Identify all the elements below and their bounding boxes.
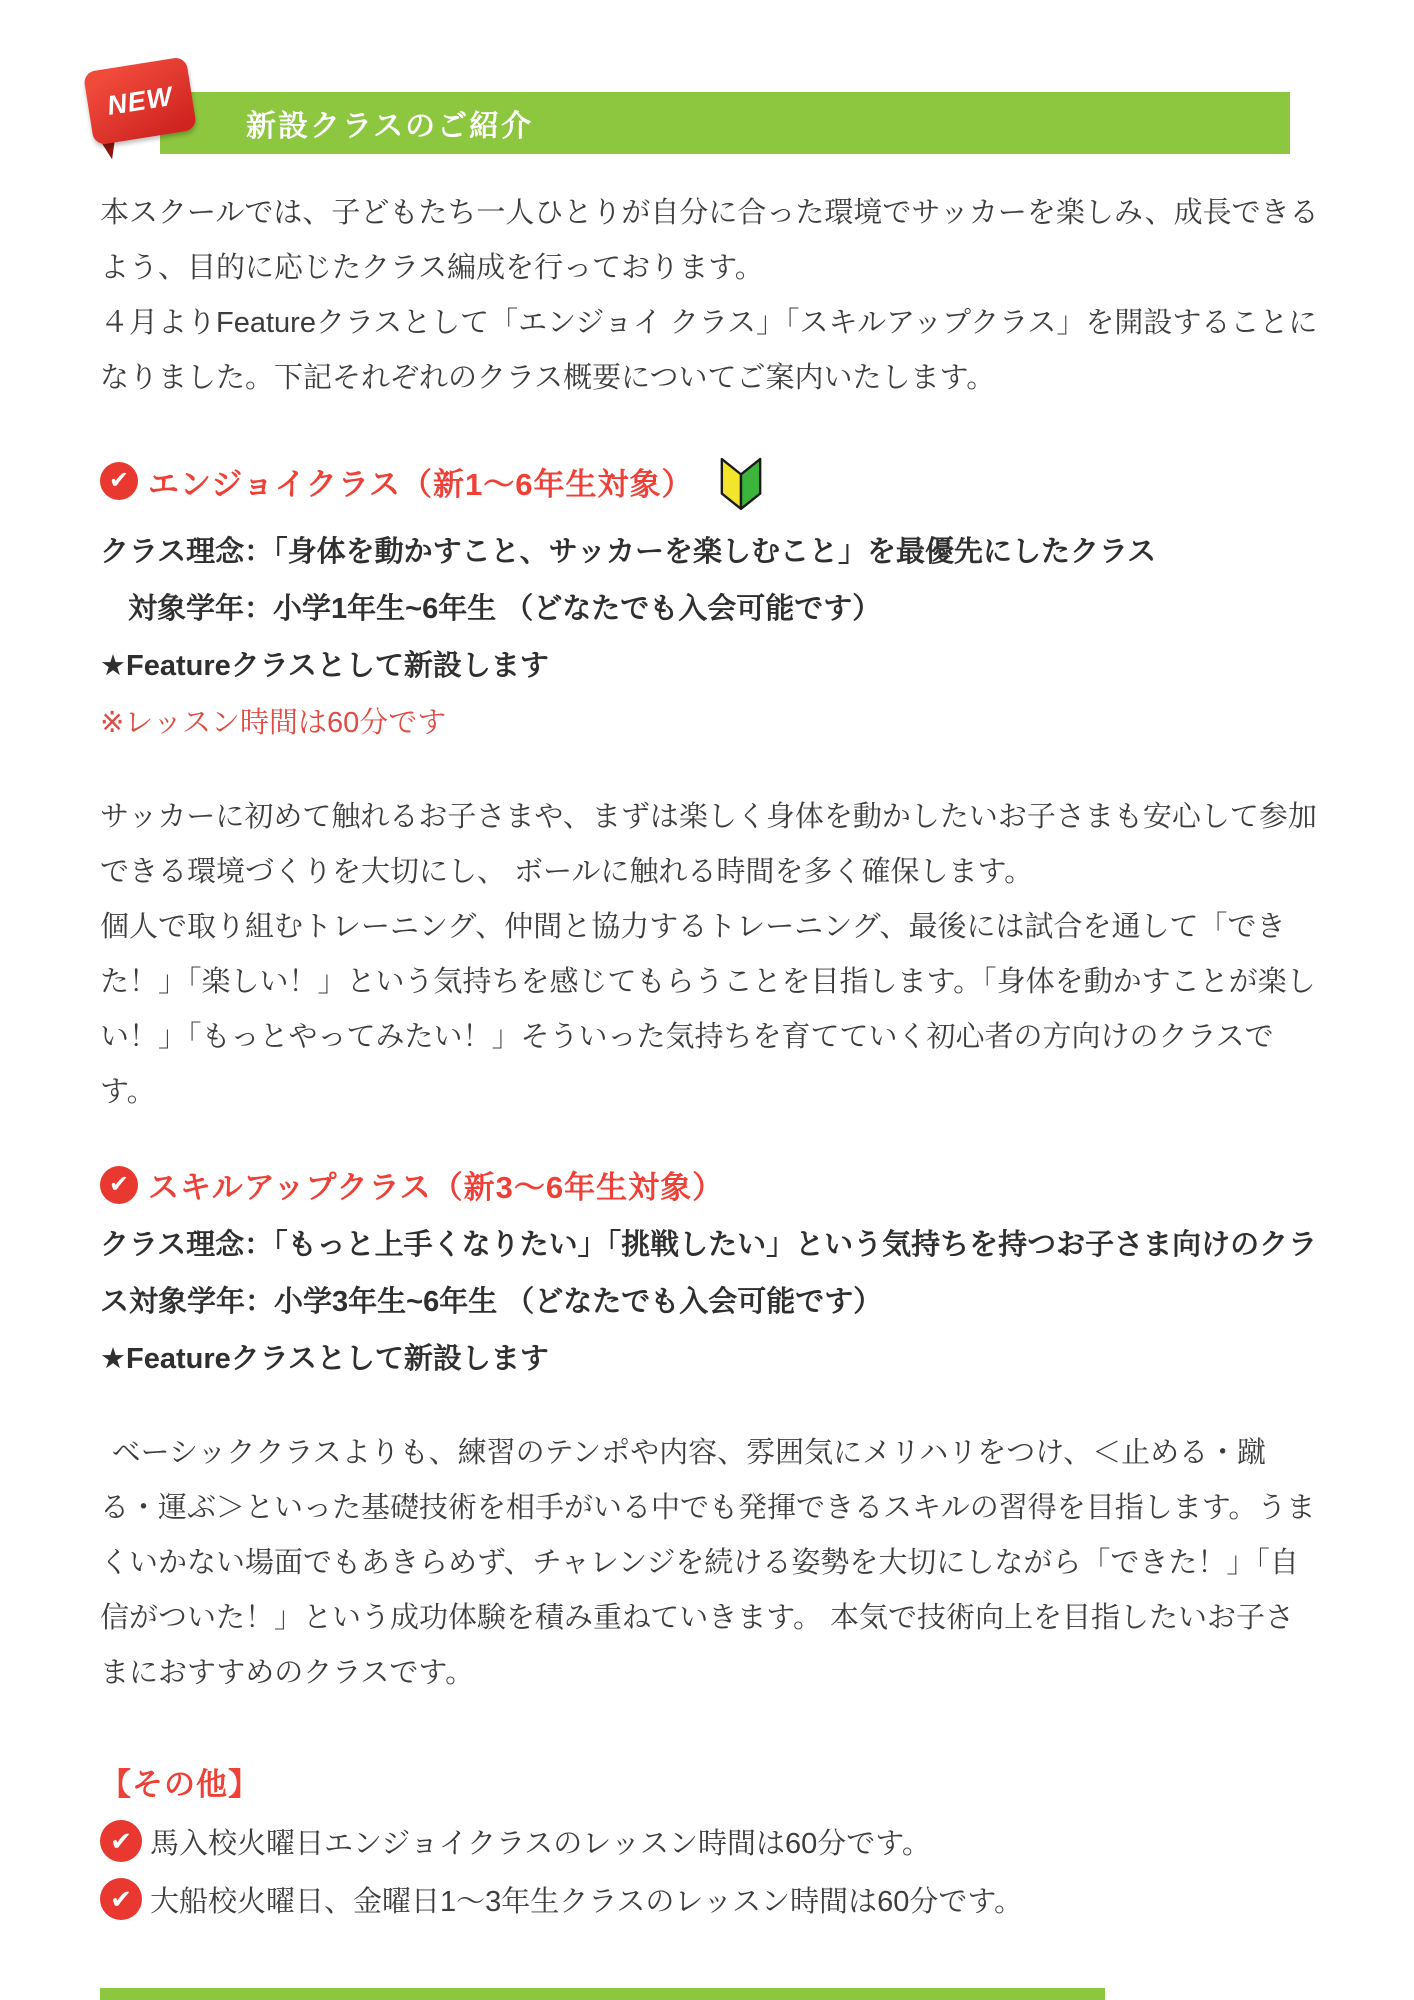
section-header-banner: 新設クラスのご紹介 [160,92,1290,154]
enjoy-class-heading: ✔ エンジョイクラス（新1～6年生対象） [100,448,1322,514]
enjoy-class-grades: 対象学年：小学1年生~6年生 （どなたでも入会可能です） [100,581,1322,638]
intro-paragraph-1: 本スクールでは、子どもたち一人ひとりが自分に合った環境でサッカーを楽しみ、成長で… [100,186,1322,296]
skillup-class-philosophy-grades: クラス理念：「もっと上手くなりたい」「挑戦したい」という気持ちを持つお子さま向け… [100,1217,1322,1331]
skillup-class-feature-note: ★Featureクラスとして新設します [100,1331,1322,1388]
checkmark-icon: ✔ [100,1820,142,1862]
checkmark-icon: ✔ [100,1878,142,1920]
intro-paragraph-2: ４月よりFeatureクラスとして「エンジョイ クラス」「スキルアップクラス」を… [100,296,1322,406]
enjoy-class-description-2: 個人で取り組むトレーニング、仲間と協力するトレーニング、最後には試合を通して「で… [100,900,1322,1120]
other-item: ✔ 馬入校火曜日エンジョイクラスのレッスン時間は60分です。 [100,1820,1322,1862]
skillup-class-title: スキルアップクラス（新3～6年生対象） [148,1162,724,1207]
enjoy-class-description-1: サッカーに初めて触れるお子さまや、まずは楽しく身体を動かしたいお子さまも安心して… [100,790,1322,900]
enjoy-class-philosophy: クラス理念：「身体を動かすこと、サッカーを楽しむこと」を最優先にしたクラス [100,524,1322,581]
checkmark-icon: ✔ [100,462,138,500]
enjoy-class-lesson-note: ※レッスン時間は60分です [100,695,1322,752]
document-body: 本スクールでは、子どもたち一人ひとりが自分に合った環境でサッカーを楽しみ、成長で… [100,186,1322,1920]
new-badge-icon: NEW [83,56,197,145]
other-item-text: 馬入校火曜日エンジョイクラスのレッスン時間は60分です。 [150,1821,931,1862]
other-heading: 【その他】 [100,1759,1322,1804]
other-item-text: 大船校火曜日、金曜日1～3年生クラスのレッスン時間は60分です。 [150,1879,1023,1920]
beginner-mark-icon [718,452,764,514]
checkmark-icon: ✔ [100,1166,138,1204]
enjoy-class-feature-note: ★Featureクラスとして新設します [100,638,1322,695]
new-badge-label: NEW [105,81,175,122]
skillup-class-description: ベーシッククラスよりも、練習のテンポや内容、雰囲気にメリハリをつけ、＜止める・蹴… [100,1426,1322,1701]
enjoy-class-title: エンジョイクラス（新1～6年生対象） [148,459,694,504]
page: 新設クラスのご紹介 NEW 本スクールでは、子どもたち一人ひとりが自分に合った環… [0,0,1414,2000]
other-item: ✔ 大船校火曜日、金曜日1～3年生クラスのレッスン時間は60分です。 [100,1878,1322,1920]
next-section-banner-partial [100,1988,1105,2000]
new-ribbon: NEW [84,56,214,161]
page-title: 新設クラスのご紹介 [246,101,533,145]
skillup-class-heading: ✔ スキルアップクラス（新3～6年生対象） [100,1162,1322,1207]
